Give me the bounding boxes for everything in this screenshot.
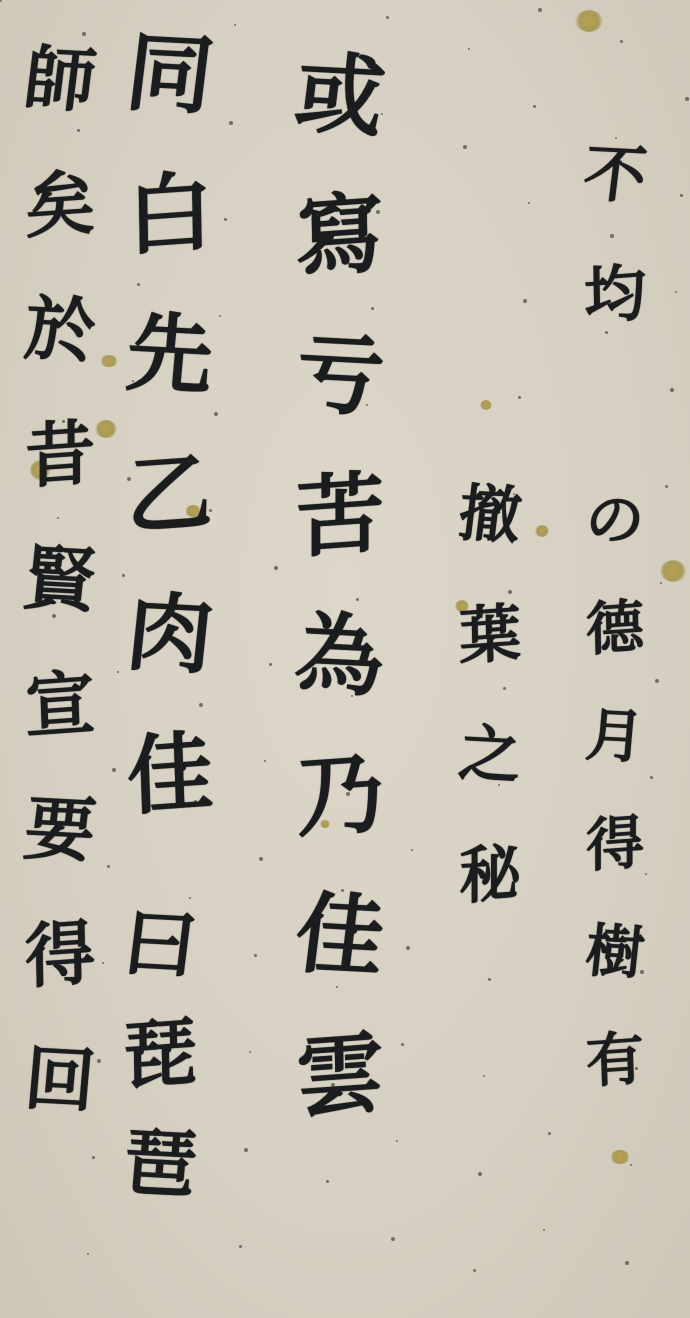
ink-speck bbox=[518, 396, 521, 399]
calligraphy-character: の bbox=[582, 490, 647, 551]
ink-speck bbox=[189, 897, 191, 899]
ink-speck bbox=[254, 954, 257, 957]
ink-speck bbox=[665, 485, 668, 488]
ink-speck bbox=[87, 1253, 89, 1255]
ink-speck bbox=[670, 388, 674, 392]
calligraphy-character: 要 bbox=[21, 793, 99, 866]
calligraphy-character: 雲 bbox=[295, 1028, 384, 1122]
ink-speck bbox=[122, 574, 125, 577]
calligraphy-character: 乙 bbox=[127, 449, 213, 541]
calligraphy-character: 佳 bbox=[126, 729, 215, 821]
ink-speck bbox=[645, 873, 647, 875]
ink-speck bbox=[610, 234, 614, 238]
ink-speck bbox=[239, 1245, 242, 1248]
ink-speck bbox=[533, 105, 536, 108]
ink-speck bbox=[199, 703, 203, 707]
calligraphy-character: 矣 bbox=[24, 168, 95, 243]
ink-speck bbox=[680, 194, 683, 197]
ink-speck bbox=[326, 1180, 329, 1183]
gold-leaf-fleck bbox=[480, 400, 492, 410]
calligraphy-character: 琶 bbox=[120, 1126, 200, 1204]
ink-speck bbox=[468, 48, 470, 50]
ink-speck bbox=[234, 24, 236, 26]
calligraphy-paper: 不均の德月得樹有撤葉之秘或寫亏苦為乃佳雲同白先乙肉佳曰琵琶師矣於昔賢宣要得回 bbox=[0, 0, 690, 1318]
calligraphy-character: 月 bbox=[584, 706, 647, 767]
gold-leaf-fleck bbox=[660, 560, 686, 582]
ink-speck bbox=[508, 590, 512, 594]
ink-speck bbox=[269, 663, 272, 666]
ink-speck bbox=[77, 129, 80, 132]
calligraphy-character: 宣 bbox=[24, 668, 96, 743]
ink-speck bbox=[463, 145, 467, 149]
ink-speck bbox=[97, 1059, 101, 1063]
calligraphy-character: 佳 bbox=[291, 889, 390, 981]
calligraphy-character: 不 bbox=[580, 143, 650, 208]
ink-speck bbox=[548, 1132, 551, 1135]
calligraphy-character: 德 bbox=[586, 597, 645, 659]
ink-speck bbox=[650, 776, 653, 779]
ink-speck bbox=[112, 768, 116, 772]
ink-speck bbox=[655, 679, 659, 683]
calligraphy-character: 樹 bbox=[583, 922, 647, 983]
ink-speck bbox=[356, 598, 359, 601]
ink-speck bbox=[488, 978, 491, 981]
calligraphy-character: 先 bbox=[123, 310, 216, 400]
calligraphy-character: 賢 bbox=[21, 543, 98, 616]
calligraphy-character: 得 bbox=[586, 813, 644, 875]
calligraphy-character: 撤 bbox=[455, 483, 525, 548]
ink-speck bbox=[411, 849, 413, 851]
ink-speck bbox=[685, 97, 689, 101]
ink-speck bbox=[625, 1261, 629, 1265]
ink-speck bbox=[0, 0, 2, 2]
gold-leaf-fleck bbox=[610, 1150, 630, 1164]
calligraphy-character: 寫 bbox=[295, 188, 384, 282]
gold-leaf-fleck bbox=[95, 420, 117, 438]
gold-leaf-fleck bbox=[100, 355, 118, 367]
gold-leaf-fleck bbox=[575, 10, 603, 32]
ink-speck bbox=[503, 687, 506, 690]
ink-speck bbox=[528, 202, 530, 204]
ink-speck bbox=[401, 1043, 404, 1046]
ink-speck bbox=[675, 291, 677, 293]
ink-speck bbox=[620, 40, 623, 43]
calligraphy-character: 曰 bbox=[119, 906, 202, 984]
ink-speck bbox=[523, 299, 527, 303]
ink-speck bbox=[386, 16, 389, 19]
ink-speck bbox=[249, 1051, 251, 1053]
calligraphy-character: 肉 bbox=[123, 590, 218, 680]
calligraphy-character: 為 bbox=[291, 609, 388, 701]
ink-speck bbox=[259, 857, 263, 861]
calligraphy-character: 秘 bbox=[459, 842, 521, 908]
ink-speck bbox=[406, 946, 410, 950]
ink-speck bbox=[82, 32, 86, 36]
ink-speck bbox=[102, 962, 104, 964]
calligraphy-character: 乃 bbox=[295, 748, 386, 842]
ink-speck bbox=[543, 1229, 545, 1231]
calligraphy-character: 亏 bbox=[292, 329, 388, 421]
ink-speck bbox=[630, 1164, 632, 1166]
calligraphy-character: 白 bbox=[126, 169, 213, 261]
calligraphy-character: 葉 bbox=[459, 602, 522, 668]
calligraphy-character: 師 bbox=[21, 43, 99, 116]
ink-speck bbox=[92, 1156, 95, 1159]
ink-speck bbox=[214, 412, 218, 416]
calligraphy-character: 或 bbox=[291, 49, 390, 141]
calligraphy-character: 均 bbox=[584, 262, 647, 328]
ink-speck bbox=[660, 582, 662, 584]
ink-speck bbox=[57, 517, 59, 519]
ink-speck bbox=[264, 760, 266, 762]
ink-speck bbox=[219, 315, 221, 317]
calligraphy-character: 有 bbox=[585, 1029, 645, 1091]
calligraphy-character: 昔 bbox=[25, 417, 95, 492]
calligraphy-character: 於 bbox=[22, 293, 98, 366]
calligraphy-character: 得 bbox=[24, 918, 95, 993]
ink-speck bbox=[473, 1269, 476, 1272]
calligraphy-character: 琵 bbox=[122, 1015, 197, 1094]
ink-speck bbox=[391, 1237, 395, 1241]
calligraphy-character: 之 bbox=[456, 722, 523, 787]
ink-speck bbox=[244, 1148, 248, 1152]
ink-speck bbox=[478, 1172, 482, 1176]
calligraphy-character: 回 bbox=[22, 1043, 98, 1116]
ink-speck bbox=[538, 8, 542, 12]
ink-speck bbox=[371, 307, 374, 310]
ink-speck bbox=[483, 1075, 485, 1077]
ink-speck bbox=[107, 865, 110, 868]
ink-speck bbox=[274, 566, 278, 570]
ink-speck bbox=[229, 121, 233, 125]
calligraphy-character: 同 bbox=[122, 30, 218, 120]
ink-speck bbox=[137, 283, 140, 286]
calligraphy-character: 苦 bbox=[296, 468, 384, 562]
ink-speck bbox=[396, 1140, 398, 1142]
ink-speck bbox=[117, 671, 119, 673]
gold-leaf-fleck bbox=[535, 525, 549, 537]
ink-speck bbox=[224, 218, 227, 221]
